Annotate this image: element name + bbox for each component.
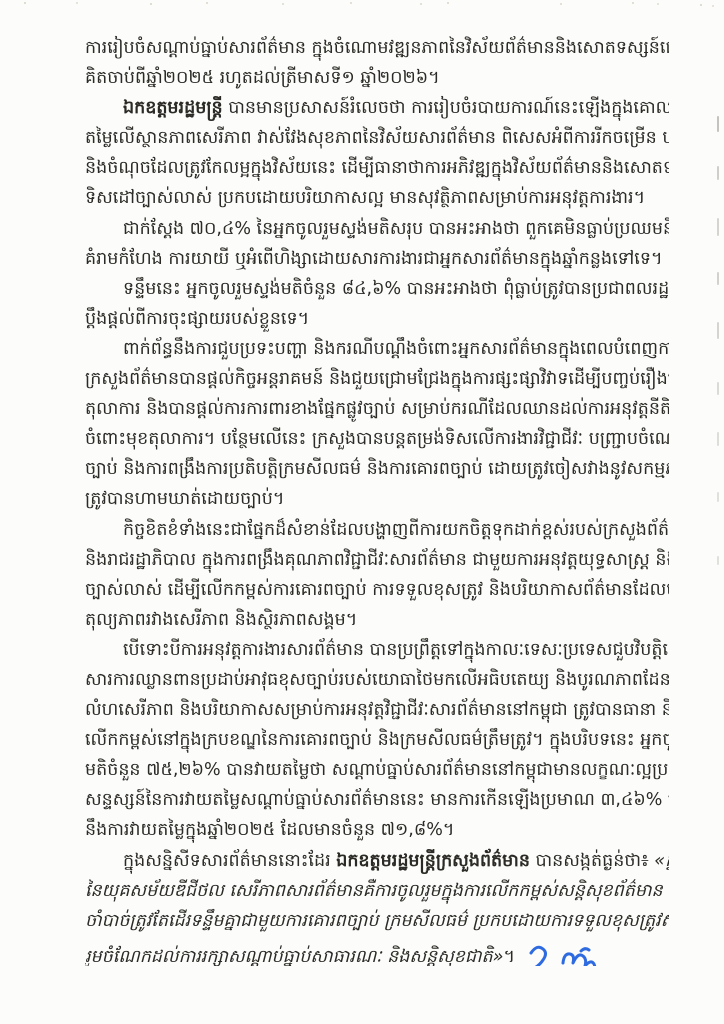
text-segment: បើទោះបីការអនុវត្តការងារសារព័ត៌មាន បានប្រ… xyxy=(123,640,669,660)
text-segment: ច្បាស់លាស់ ដើម្បីលើកកម្ពស់ការគោរពច្បាប់ … xyxy=(85,580,669,600)
text-segment: ចំពោះមុខតុលាការ។ បន្ថែមលើនេះ ក្រសួងបានបន… xyxy=(85,429,669,449)
text-segment: រួមចំណែកដល់ការរក្សាសណ្ដាប់ធ្នាប់សាធារណៈ … xyxy=(85,947,503,966)
scan-edge-artifact xyxy=(717,116,719,132)
text-line: ប្ដឹងផ្ដល់ពីការចុះផ្សាយរបស់ខ្លួនទេ។ xyxy=(85,304,669,334)
text-segment: ក្រសួងព័ត៌មានបានផ្ដល់កិច្ចអន្តរាគមន៍ និង… xyxy=(85,369,669,389)
text-segment: តុលាការ និងបានផ្ដល់ការការពារខាងផ្នែកផ្លូ… xyxy=(85,399,669,419)
signature-stroke xyxy=(563,949,595,966)
text-segment: ការរៀបចំសណ្ដាប់ធ្នាប់សារព័ត៌មាន ក្នុងចំណ… xyxy=(85,38,669,58)
text-segment: និងចំណុចដែលត្រូវកែលម្អក្នុងវិស័យនេះ ដើម្… xyxy=(85,158,669,178)
text-segment: ច្បាប់ និងការពង្រឹងការប្រតិបត្តិក្រមសីលធ… xyxy=(85,459,669,479)
text-segment: គិតចាប់ពីឆ្នាំ២០២៥ រហូតដល់ត្រីមាសទី១ ឆ្ន… xyxy=(85,68,440,88)
text-line: តម្លៃលើស្ថានភាពសេរីភាព វាស់វែងសុខភាពនៃវិ… xyxy=(85,123,669,153)
text-segment: ក្នុងសន្និសីទសារព័ត៌មាននោះដែរ xyxy=(123,851,336,871)
handwritten-signature-initials xyxy=(525,939,597,966)
text-line: ឯកឧត្តមរដ្ឋមន្ត្រី បានមានប្រសាសន៍រំលេចថា… xyxy=(85,93,669,123)
text-line: ពាក់ព័ន្ធនឹងការជួបប្រទះបញ្ហា និងករណីបណ្ដ… xyxy=(85,334,669,364)
text-segment: ទន្ទឹមនេះ អ្នកចូលរួមស្ទង់មតិចំនួន ៨៤,៦% … xyxy=(123,279,669,299)
text-segment: ជាក់ស្តែង ៧០,៤% នៃអ្នកចូលរួមស្ទង់មតិសរុប… xyxy=(123,219,669,239)
signature-stroke xyxy=(531,947,546,966)
text-line: មតិចំនួន ៧៥,២៦% បានវាយតម្លៃថា សណ្ដាប់ធ្ន… xyxy=(85,755,669,785)
text-line: ទិសដៅច្បាស់លាស់ ប្រកបដោយបរិយាកាសល្អ មានស… xyxy=(85,183,669,213)
scan-edge-artifact xyxy=(717,432,719,446)
text-segment: នៃយុគសម័យឌីជីថល សេរីភាពសារព័ត៌មានគឺការចូ… xyxy=(85,881,669,901)
text-line: និងចំណុចដែលត្រូវកែលម្អក្នុងវិស័យនេះ ដើម្… xyxy=(85,153,669,183)
text-segment: ត្រូវបានហាមឃាត់ដោយច្បាប់។ xyxy=(85,489,284,509)
text-line: នៃយុគសម័យឌីជីថល សេរីភាពសារព័ត៌មានគឺការចូ… xyxy=(85,876,669,906)
text-line: និងរាជរដ្ឋាភិបាល ក្នុងការពង្រឹងគុណភាពវិជ… xyxy=(85,545,669,575)
scan-edge-artifact xyxy=(717,218,719,236)
text-segment: និងរាជរដ្ឋាភិបាល ក្នុងការពង្រឹងគុណភាពវិជ… xyxy=(85,550,669,570)
text-line: គំរាមកំហែង ការយាយី ឬអំពើហិង្សាដោយសារការង… xyxy=(85,244,669,274)
text-line: លើកកម្ពស់នៅក្នុងក្របខណ្ឌនៃការគោរពច្បាប់ … xyxy=(85,725,669,755)
text-line: សារការឈ្លានពានប្រដាប់អាវុធខុសច្បាប់របស់យ… xyxy=(85,665,669,695)
scan-edge-artifact xyxy=(717,492,719,502)
text-line: ច្បាស់លាស់ ដើម្បីលើកកម្ពស់ការគោរពច្បាប់ … xyxy=(85,575,669,605)
text-line: តុល្យភាពរវាងសេរីភាព និងស្ថិរភាពសង្គម។ xyxy=(85,605,669,635)
text-line: ចាំបាច់ត្រូវតែដើរទន្ទឹមគ្នាជាមួយការគោរពច… xyxy=(85,906,669,936)
scan-noise-dots xyxy=(24,2,26,4)
text-line: ក្រសួងព័ត៌មានបានផ្ដល់កិច្ចអន្តរាគមន៍ និង… xyxy=(85,364,669,394)
text-segment: លើកកម្ពស់នៅក្នុងក្របខណ្ឌនៃការគោរពច្បាប់ … xyxy=(85,730,669,750)
text-segment: សន្ទស្សន៍នៃការវាយតម្លៃសណ្ដាប់ធ្នាប់សារព័… xyxy=(85,790,669,810)
text-line: ច្បាប់ និងការពង្រឹងការប្រតិបត្តិក្រមសីលធ… xyxy=(85,454,669,484)
text-line: ក្នុងសន្និសីទសារព័ត៌មាននោះដែរ ឯកឧត្តមរដ្… xyxy=(85,846,669,876)
scan-edge-artifact xyxy=(717,272,719,285)
text-line: គិតចាប់ពីឆ្នាំ២០២៥ រហូតដល់ត្រីមាសទី១ ឆ្ន… xyxy=(85,63,669,93)
text-segment: បានមានប្រសាសន៍រំលេចថា ការរៀបចំរបាយការណ៍ន… xyxy=(223,98,669,118)
text-segment: ។ xyxy=(503,947,515,966)
text-segment: តម្លៃលើស្ថានភាពសេរីភាព វាស់វែងសុខភាពនៃវិ… xyxy=(85,128,669,148)
text-segment: «ក្នុងបរិបទ xyxy=(654,851,669,871)
text-segment: កិច្ចខិតខំទាំងនេះជាផ្នែកដ៏សំខាន់ដែលបង្ហា… xyxy=(123,520,669,540)
text-line: រួមចំណែកដល់ការរក្សាសណ្ដាប់ធ្នាប់សាធារណៈ … xyxy=(85,936,669,966)
scan-edge-artifact xyxy=(717,322,719,339)
text-segment: នឹងការវាយតម្លៃក្នុងឆ្នាំ២០២៥ ដែលមានចំនួន… xyxy=(85,820,454,840)
document-page: ការរៀបចំសណ្ដាប់ធ្នាប់សារព័ត៌មាន ក្នុងចំណ… xyxy=(0,0,724,1024)
scan-edge-artifact xyxy=(717,166,719,180)
text-segment: មតិចំនួន ៧៥,២៦% បានវាយតម្លៃថា សណ្ដាប់ធ្ន… xyxy=(85,760,669,780)
text-line: កិច្ចខិតខំទាំងនេះជាផ្នែកដ៏សំខាន់ដែលបង្ហា… xyxy=(85,515,669,545)
text-segment: គំរាមកំហែង ការយាយី ឬអំពើហិង្សាដោយសារការង… xyxy=(85,249,662,269)
text-segment: បានសង្កត់ធ្ងន់ថា៖ xyxy=(530,851,654,871)
text-line: លំហសេរីភាព និងបរិយាកាសសម្រាប់ការអនុវត្តវ… xyxy=(85,695,669,725)
text-segment: លំហសេរីភាព និងបរិយាកាសសម្រាប់ការអនុវត្តវ… xyxy=(85,700,669,720)
text-line: បើទោះបីការអនុវត្តការងារសារព័ត៌មាន បានប្រ… xyxy=(85,635,669,665)
text-segment: ប្ដឹងផ្ដល់ពីការចុះផ្សាយរបស់ខ្លួនទេ។ xyxy=(85,309,309,329)
text-segment: ទិសដៅច្បាស់លាស់ ប្រកបដោយបរិយាកាសល្អ មានស… xyxy=(85,188,645,208)
document-body: ការរៀបចំសណ្ដាប់ធ្នាប់សារព័ត៌មាន ក្នុងចំណ… xyxy=(85,33,669,966)
text-line: សន្ទស្សន៍នៃការវាយតម្លៃសណ្ដាប់ធ្នាប់សារព័… xyxy=(85,785,669,815)
scan-edge-artifact xyxy=(717,382,719,395)
text-segment: ពាក់ព័ន្ធនឹងការជួបប្រទះបញ្ហា និងករណីបណ្ដ… xyxy=(123,339,669,359)
text-line: នឹងការវាយតម្លៃក្នុងឆ្នាំ២០២៥ ដែលមានចំនួន… xyxy=(85,815,669,845)
text-segment: ចាំបាច់ត្រូវតែដើរទន្ទឹមគ្នាជាមួយការគោរពច… xyxy=(85,911,669,931)
text-line: ជាក់ស្តែង ៧០,៤% នៃអ្នកចូលរួមស្ទង់មតិសរុប… xyxy=(85,214,669,244)
scan-edge-artifact xyxy=(717,556,719,565)
text-segment: ឯកឧត្តមរដ្ឋមន្ត្រី xyxy=(123,98,223,118)
text-line: ទន្ទឹមនេះ អ្នកចូលរួមស្ទង់មតិចំនួន ៨៤,៦% … xyxy=(85,274,669,304)
text-line: ការរៀបចំសណ្ដាប់ធ្នាប់សារព័ត៌មាន ក្នុងចំណ… xyxy=(85,33,669,63)
text-segment: សារការឈ្លានពានប្រដាប់អាវុធខុសច្បាប់របស់យ… xyxy=(85,670,669,690)
text-segment: ឯកឧត្តមរដ្ឋមន្ត្រីក្រសួងព័ត៌មាន xyxy=(336,851,530,871)
text-line: ត្រូវបានហាមឃាត់ដោយច្បាប់។ xyxy=(85,484,669,514)
text-line: ចំពោះមុខតុលាការ។ បន្ថែមលើនេះ ក្រសួងបានបន… xyxy=(85,424,669,454)
text-segment: តុល្យភាពរវាងសេរីភាព និងស្ថិរភាពសង្គម។ xyxy=(85,610,357,630)
text-line: តុលាការ និងបានផ្ដល់ការការពារខាងផ្នែកផ្លូ… xyxy=(85,394,669,424)
